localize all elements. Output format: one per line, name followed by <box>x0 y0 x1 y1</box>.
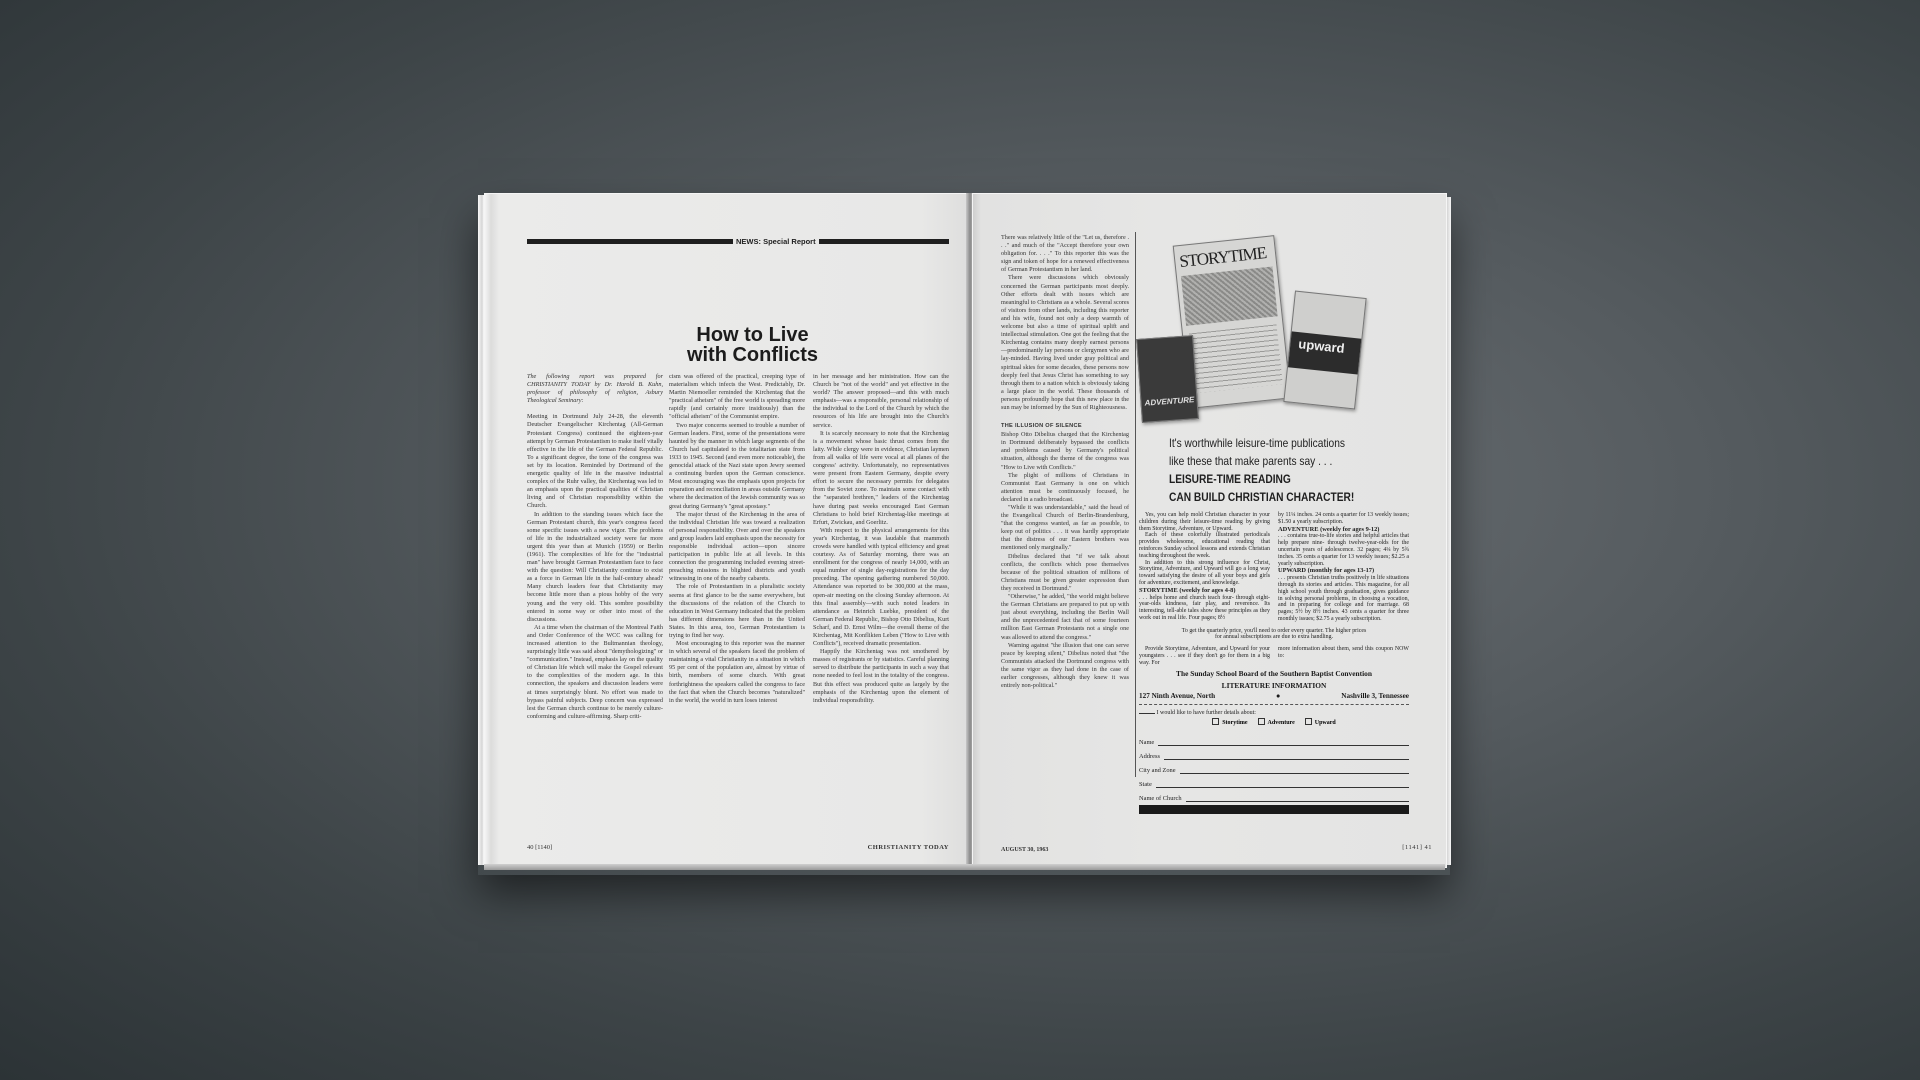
coupon-request: I would like to have further details abo… <box>1139 710 1409 716</box>
left-page: NEWS: Special Report How to Live with Co… <box>484 193 970 868</box>
paragraph: The major thrust of the Kirchentag in th… <box>669 511 805 584</box>
publisher-dept: LITERATURE INFORMATION <box>1139 681 1409 690</box>
field-city-zone[interactable]: City and Zone <box>1139 760 1409 774</box>
publisher-name: The Sunday School Board of the Southern … <box>1139 669 1409 678</box>
paragraph: "Otherwise," he added, "the world might … <box>1001 593 1129 642</box>
header-rule-right <box>819 239 949 244</box>
ad-headline-3: LEISURE-TIME READING <box>1169 472 1373 486</box>
storytime-description: . . . helps home and church teach four- … <box>1139 595 1270 622</box>
cta-left: Provide Storytime, Adventure, and Upward… <box>1139 646 1270 666</box>
ad-paragraph: Yes, you can help mold Christian charact… <box>1139 512 1270 532</box>
ad-headline-4: CAN BUILD CHRISTIAN CHARACTER! <box>1169 490 1373 504</box>
checkbox-label: Storytime <box>1222 720 1247 726</box>
coupon-cut-line <box>1139 704 1409 705</box>
coupon-bottom-bar <box>1139 805 1409 814</box>
checkbox-icon <box>1305 718 1312 725</box>
title-line-1: How to Live <box>645 325 860 345</box>
paragraph: Warning against "the illusion that one c… <box>1001 642 1129 691</box>
publisher-address: 127 Ninth Avenue, North ● Nashville 3, T… <box>1139 692 1409 700</box>
paragraph: The role of Protestantism in a pluralist… <box>669 583 805 640</box>
magazine-covers-illustration: STORYTIME ADVENTURE upward <box>1139 232 1409 432</box>
article-column-2: cism was offered of the practical, creep… <box>669 373 805 705</box>
city-address: Nashville 3, Tennessee <box>1341 692 1409 700</box>
checkbox-storytime[interactable]: Storytime <box>1212 718 1247 726</box>
ad-paragraph: Each of these colorfully illustrated per… <box>1139 532 1270 559</box>
field-line <box>1164 753 1409 760</box>
section-subhead: THE ILLUSION OF SILENCE <box>1001 422 1129 430</box>
paragraph: Bishop Otto Dibelius charged that the Ki… <box>1001 431 1129 471</box>
field-name[interactable]: Name <box>1139 732 1409 746</box>
field-label: Address <box>1139 753 1160 760</box>
right-page: There was relatively little of the "Let … <box>972 193 1447 868</box>
paragraph: There was relatively little of the "Let … <box>1001 234 1129 274</box>
ad-paragraph: In addition to this strong influence for… <box>1139 560 1270 587</box>
paragraph: in her message and her ministration. How… <box>813 373 949 430</box>
paragraph: There were discussions which obviously c… <box>1001 274 1129 412</box>
paragraph: In addition to the standing issues which… <box>527 511 663 624</box>
upward-cover-image: upward <box>1283 291 1366 410</box>
section-kicker: NEWS: Special Report <box>736 237 816 246</box>
paragraph: cism was offered of the practical, creep… <box>669 373 805 422</box>
ad-body: Yes, you can help mold Christian charact… <box>1139 512 1409 623</box>
field-label: City and Zone <box>1139 767 1176 774</box>
bullet-icon: ● <box>1276 692 1280 700</box>
cta-right: more information about them, send this c… <box>1278 646 1409 660</box>
article-column-continued: There was relatively little of the "Let … <box>1001 234 1129 690</box>
street-address: 127 Ninth Avenue, North <box>1139 692 1215 700</box>
field-line <box>1158 739 1409 746</box>
call-to-action: Provide Storytime, Adventure, and Upward… <box>1139 646 1409 666</box>
storytime-description-cont: by 11¼ inches. 24 cents a quarter for 13… <box>1278 512 1409 526</box>
horse-wagon-illustration <box>1181 266 1278 325</box>
advertisement: STORYTIME ADVENTURE upward It's worthwhi… <box>1139 232 1409 814</box>
intro-note: The following report was prepared for CH… <box>527 373 663 405</box>
running-title: CHRISTIANITY TODAY <box>868 844 949 851</box>
paragraph: Most encouraging to this reporter was th… <box>669 640 805 705</box>
issue-date: AUGUST 30, 1963 <box>1001 846 1048 854</box>
field-label: Name of Church <box>1139 795 1182 802</box>
request-text: I would like to have further details abo… <box>1157 710 1256 716</box>
ad-body-right: by 11¼ inches. 24 cents a quarter for 13… <box>1278 512 1409 623</box>
page-number-right: [1141] 41 <box>1402 844 1432 851</box>
paragraph: Meeting in Dortmund July 24-28, the elev… <box>527 413 663 510</box>
coupon-checkboxes: Storytime Adventure Upward <box>1139 718 1409 726</box>
page-number-left: 40 [1140] <box>527 844 552 851</box>
ad-headline-2: like these that make parents say . . . <box>1169 454 1373 468</box>
article-column-1: The following report was prepared for CH… <box>527 373 663 721</box>
checkbox-upward[interactable]: Upward <box>1305 718 1336 726</box>
upward-description: . . . presents Christian truths positive… <box>1278 575 1409 623</box>
paragraph: Two major concerns seemed to trouble a n… <box>669 422 805 511</box>
checkbox-icon <box>1258 718 1265 725</box>
field-line <box>1186 795 1409 802</box>
paragraph: The plight of millions of Christians in … <box>1001 472 1129 504</box>
storytime-heading: STORYTIME (weekly for ages 4-8) <box>1139 588 1270 595</box>
checkbox-icon <box>1212 718 1219 725</box>
request-blank[interactable] <box>1139 713 1155 714</box>
field-line <box>1180 767 1409 774</box>
field-label: State <box>1139 781 1152 788</box>
paragraph: "While it was understandable," said the … <box>1001 504 1129 553</box>
field-state[interactable]: State <box>1139 774 1409 788</box>
checkbox-label: Upward <box>1315 720 1336 726</box>
story-text-block <box>1189 324 1283 393</box>
column-divider <box>1135 232 1136 777</box>
field-line <box>1156 781 1409 788</box>
field-label: Name <box>1139 739 1154 746</box>
adventure-cover-image: ADVENTURE <box>1136 335 1199 423</box>
article-column-3: in her message and her ministration. How… <box>813 373 949 705</box>
title-line-2: with Conflicts <box>645 345 860 365</box>
ad-headline-1: It's worthwhile leisure-time publication… <box>1169 436 1373 450</box>
checkbox-label: Adventure <box>1268 720 1295 726</box>
paragraph: At a time when the chairman of the Montr… <box>527 624 663 721</box>
ad-body-left: Yes, you can help mold Christian charact… <box>1139 512 1270 623</box>
header-rule-left <box>527 239 733 244</box>
checkbox-adventure[interactable]: Adventure <box>1258 718 1295 726</box>
article-title: How to Live with Conflicts <box>645 325 860 365</box>
adventure-description: . . . contains true-to-life stories and … <box>1278 533 1409 567</box>
section-header: NEWS: Special Report <box>527 237 949 246</box>
field-church[interactable]: Name of Church <box>1139 788 1409 802</box>
field-address[interactable]: Address <box>1139 746 1409 760</box>
paragraph: It is scarcely necessary to note that th… <box>813 430 949 527</box>
magazine-bottom-edge <box>484 864 1445 870</box>
paragraph: Happily the Kirchentag was not smothered… <box>813 648 949 705</box>
adventure-masthead: ADVENTURE <box>1144 395 1194 407</box>
paragraph: Dibelius declared that "if we talk about… <box>1001 553 1129 593</box>
paragraph: With respect to the physical arrangement… <box>813 527 949 648</box>
pricing-note: To get the quarterly price, you'll need … <box>1179 628 1369 641</box>
